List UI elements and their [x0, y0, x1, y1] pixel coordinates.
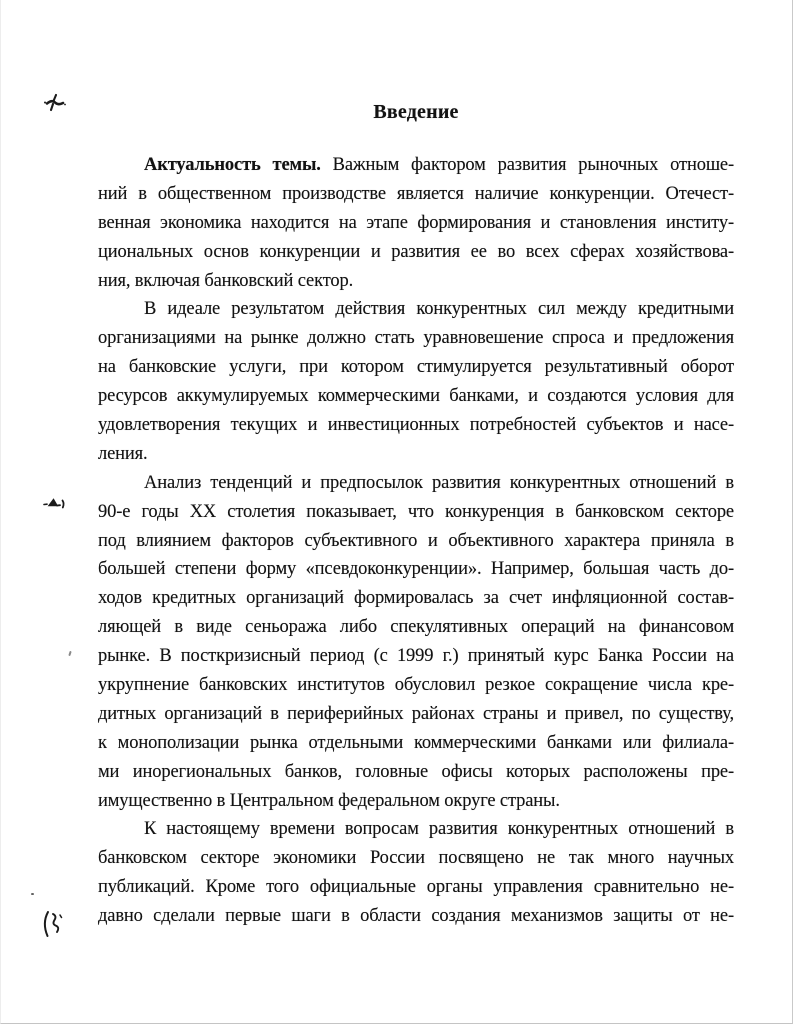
text-line: ления. — [98, 440, 734, 469]
text-line: ляющей в виде сеньоража либо спекулятивн… — [98, 613, 734, 642]
text-line: к монополизации рынка отдельными коммерч… — [98, 729, 734, 758]
text-line: рынке. В посткризисный период (с 1999 г.… — [98, 642, 734, 671]
paragraph-1: Актуальность темы. Важным фактором разви… — [98, 151, 734, 295]
paragraph-2: В идеале результатом действия конкурентн… — [98, 295, 734, 468]
scanned-document-page: { "document": { "title": "Введение", "pa… — [0, 0, 793, 1024]
ink-speck — [68, 651, 71, 656]
text-line: ми инорегиональных банков, головные офис… — [98, 758, 734, 787]
page-title: Введение — [98, 100, 734, 124]
text-line: на банковские услуги, при котором стимул… — [98, 353, 734, 382]
text-line: Актуальность темы. Важным фактором разви… — [98, 151, 734, 180]
text-line: ний в общественном производстве является… — [98, 180, 734, 209]
text-line: Анализ тенденций и предпосылок развития … — [98, 469, 734, 498]
text-line: укрупнение банковских институтов обуслов… — [98, 671, 734, 700]
text-line: ресурсов аккумулируемых коммерческими ба… — [98, 382, 734, 411]
ink-triangle-scrawl-icon — [43, 496, 67, 512]
text-line: имущественно в Центральном федеральном о… — [98, 787, 734, 816]
paragraph-4: К настоящему времени вопросам развития к… — [98, 815, 734, 931]
text-line: банковском секторе экономики России посв… — [98, 844, 734, 873]
body-text: Актуальность темы. Важным фактором разви… — [98, 151, 734, 931]
text-line: большей степени форму «псевдоконкуренции… — [98, 555, 734, 584]
text-line: ходов кредитных организаций формировалас… — [98, 584, 734, 613]
text-line: публикаций. Кроме того официальные орган… — [98, 873, 734, 902]
text-line: организациями на рынке должно стать урав… — [98, 324, 734, 353]
ink-paren-loop-icon — [39, 910, 65, 940]
paragraph-3: Анализ тенденций и предпосылок развития … — [98, 469, 734, 816]
ink-scribble-icon — [43, 93, 67, 115]
text-line: удовлетворения текущих и инвестиционных … — [98, 411, 734, 440]
paragraph-lead-bold: Актуальность темы. — [144, 155, 321, 175]
text-line: В идеале результатом действия конкурентн… — [98, 295, 734, 324]
text-line: циональных основ конкуренции и развития … — [98, 238, 734, 267]
text-line: ния, включая банковский сектор. — [98, 267, 734, 296]
text-line: давно сделали первые шаги в области созд… — [98, 902, 734, 931]
text-line-rest: Важным фактором развития рыночных отноше… — [333, 155, 734, 175]
text-line: К настоящему времени вопросам развития к… — [98, 815, 734, 844]
text-line: 90-е годы XX столетия показывает, что ко… — [98, 498, 734, 527]
text-line: венная экономика находится на этапе форм… — [98, 209, 734, 238]
ink-speck — [31, 893, 34, 895]
page-content: Введение Актуальность темы. Важным факто… — [98, 0, 734, 931]
text-line: дитных организаций в периферийных района… — [98, 700, 734, 729]
text-line: под влиянием факторов субъективного и об… — [98, 527, 734, 556]
